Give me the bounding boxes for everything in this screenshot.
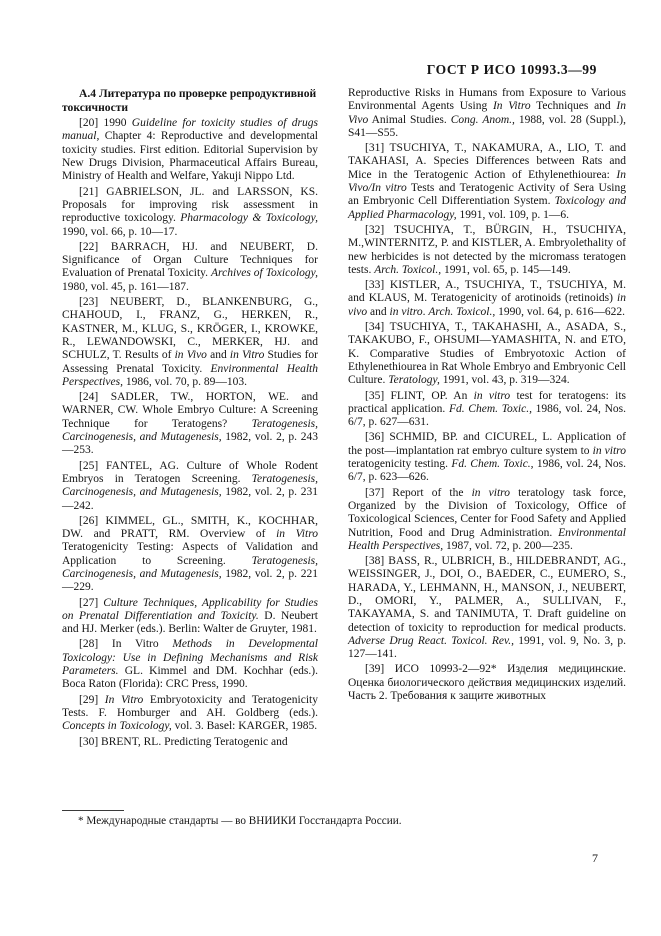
reference-item: [32] TSUCHIYA, T., BÜRGIN, H., TSUCHIYA,… — [348, 224, 626, 277]
reference-text-segment: Chapter 4: Reproductive and developmenta… — [62, 130, 318, 182]
footnote-text: * Международные стандарты — во ВНИИКИ Го… — [62, 815, 512, 828]
document-page: ГОСТ Р ИСО 10993.3—99 А.4 Литература по … — [0, 0, 661, 936]
reference-item: [21] GABRIELSON, JL. and LARSSON, KS. Pr… — [62, 186, 318, 239]
reference-text-segment: and — [207, 349, 230, 361]
footnote-separator — [62, 810, 124, 811]
reference-item: Reproductive Risks in Humans from Exposu… — [348, 87, 626, 140]
reference-text-segment: 1980, vol. 45, p. 161—187. — [62, 281, 189, 293]
reference-item: [20] 1990 Guideline for toxicity studies… — [62, 117, 318, 183]
reference-title-segment: Arch. Toxicol., — [374, 264, 441, 276]
left-column: А.4 Литература по проверке репродуктивно… — [62, 87, 318, 751]
reference-text-segment: teratogenicity testing. — [348, 458, 451, 470]
reference-item: [39] ИСО 10993-2—92* Изделия медицинские… — [348, 663, 626, 703]
reference-title-segment: Concepts in Toxicology, — [62, 720, 172, 732]
reference-item: [31] TSUCHIYA, T., NAKAMURA, A., LIO, T.… — [348, 142, 626, 222]
reference-text-segment: and — [367, 306, 389, 318]
reference-title-segment: in vitro — [472, 487, 510, 499]
reference-text-segment: [37] Report of the — [365, 487, 472, 499]
reference-item: [26] KIMMEL, GL., SMITH, K., KOCHHAR, DW… — [62, 515, 318, 595]
reference-text-segment: vol. 3. Basel: KARGER, 1985. — [172, 720, 317, 732]
document-code-header: ГОСТ Р ИСО 10993.3—99 — [427, 62, 597, 78]
reference-text-segment: 1986, vol. 70, p. 89—103. — [123, 376, 247, 388]
reference-text-segment: Animal Studies. — [368, 114, 451, 126]
reference-text-segment: 1990, vol. 66, p. 10—17. — [62, 226, 177, 238]
reference-title-segment: Teratology, — [388, 374, 440, 386]
reference-text-segment: 1987, vol. 72, p. 200—235. — [443, 540, 573, 552]
reference-item: [23] NEUBERT, D., BLANKENBURG, G., CHAHO… — [62, 296, 318, 389]
reference-text-segment: [30] BRENT, RL. Predicting Teratogenic a… — [79, 736, 288, 748]
reference-title-segment: Arch. Toxicol., — [428, 306, 495, 318]
reference-title-segment: in Vitro — [276, 528, 318, 540]
reference-item: [37] Report of the in vitro teratology t… — [348, 487, 626, 553]
reference-item: [35] FLINT, OP. An in vitro test for ter… — [348, 390, 626, 430]
reference-item: [22] BARRACH, HJ. and NEUBERT, D. Signif… — [62, 241, 318, 294]
reference-item: [30] BRENT, RL. Predicting Teratogenic a… — [62, 736, 318, 749]
reference-text-segment: [33] KISTLER, A., TSUCHIYA, T., TSUCHIYA… — [348, 279, 626, 304]
reference-text-segment: 1990, vol. 64, p. 616—622. — [495, 306, 625, 318]
reference-text-segment: [36] SCHMID, BP. and CICUREL, L. Applica… — [348, 431, 626, 456]
reference-item: [38] BASS, R., ULBRICH, B., HILDEBRANDT,… — [348, 555, 626, 661]
reference-title-segment: in vitro — [593, 445, 626, 457]
reference-title-segment: in vitro — [390, 306, 423, 318]
reference-item: [25] FANTEL, AG. Culture of Whole Rodent… — [62, 460, 318, 513]
reference-text-segment: [28] In Vitro — [79, 638, 172, 650]
reference-text-segment: 1991, vol. 65, p. 145—149. — [441, 264, 571, 276]
page-number: 7 — [592, 851, 598, 866]
reference-item: [24] SADLER, TW., HORTON, WE. and WARNER… — [62, 391, 318, 457]
right-column: Reproductive Risks in Humans from Exposu… — [348, 87, 626, 751]
reference-title-segment: In Vitro — [105, 694, 144, 706]
reference-item: [33] KISTLER, A., TSUCHIYA, T., TSUCHIYA… — [348, 279, 626, 319]
reference-text-segment: [20] 1990 — [79, 117, 132, 129]
reference-item: [34] TSUCHIYA, T., TAKAHASHI, A., ASADA,… — [348, 321, 626, 387]
reference-title-segment: Cong. Anom., — [451, 114, 515, 126]
reference-title-segment: Pharmacology & Toxicology, — [180, 212, 318, 224]
reference-text-segment: 1991, vol. 43, p. 319—324. — [440, 374, 570, 386]
reference-text-segment: [38] BASS, R., ULBRICH, B., HILDEBRANDT,… — [348, 555, 626, 633]
reference-title-segment: In Vitro — [493, 100, 531, 112]
section-heading: А.4 Литература по проверке репродуктивно… — [62, 87, 318, 114]
reference-title-segment: Adverse Drug React. Toxicol. Rev., — [348, 635, 514, 647]
reference-text-segment: [27] — [79, 597, 103, 609]
bibliography-section: А.4 Литература по проверке репродуктивно… — [62, 87, 626, 751]
reference-title-segment: in vitro — [474, 390, 511, 402]
reference-text-segment: [29] — [79, 694, 105, 706]
reference-text-segment: [31] TSUCHIYA, T., NAKAMURA, A., LIO, T.… — [348, 142, 626, 181]
reference-text-segment: Techniques and — [531, 100, 617, 112]
reference-text-segment: [35] FLINT, OP. An — [365, 390, 474, 402]
reference-item: [36] SCHMID, BP. and CICUREL, L. Applica… — [348, 431, 626, 484]
reference-item: [29] In Vitro Embryotoxicity and Teratog… — [62, 694, 318, 734]
reference-text-segment: [39] ИСО 10993-2—92* Изделия медицинские… — [348, 663, 626, 702]
reference-item: [27] Culture Techniques, Applicability f… — [62, 597, 318, 637]
reference-title-segment: Fd. Chem. Toxic., — [451, 458, 533, 470]
reference-title-segment: Fd. Chem. Toxic., — [449, 403, 532, 415]
reference-title-segment: Archives of Toxicology, — [211, 267, 318, 279]
reference-title-segment: in Vitro — [230, 349, 264, 361]
reference-title-segment: in Vivo — [175, 349, 207, 361]
reference-item: [28] In Vitro Methods in Developmental T… — [62, 638, 318, 691]
reference-text-segment: 1991, vol. 109, p. 1—6. — [457, 209, 569, 221]
